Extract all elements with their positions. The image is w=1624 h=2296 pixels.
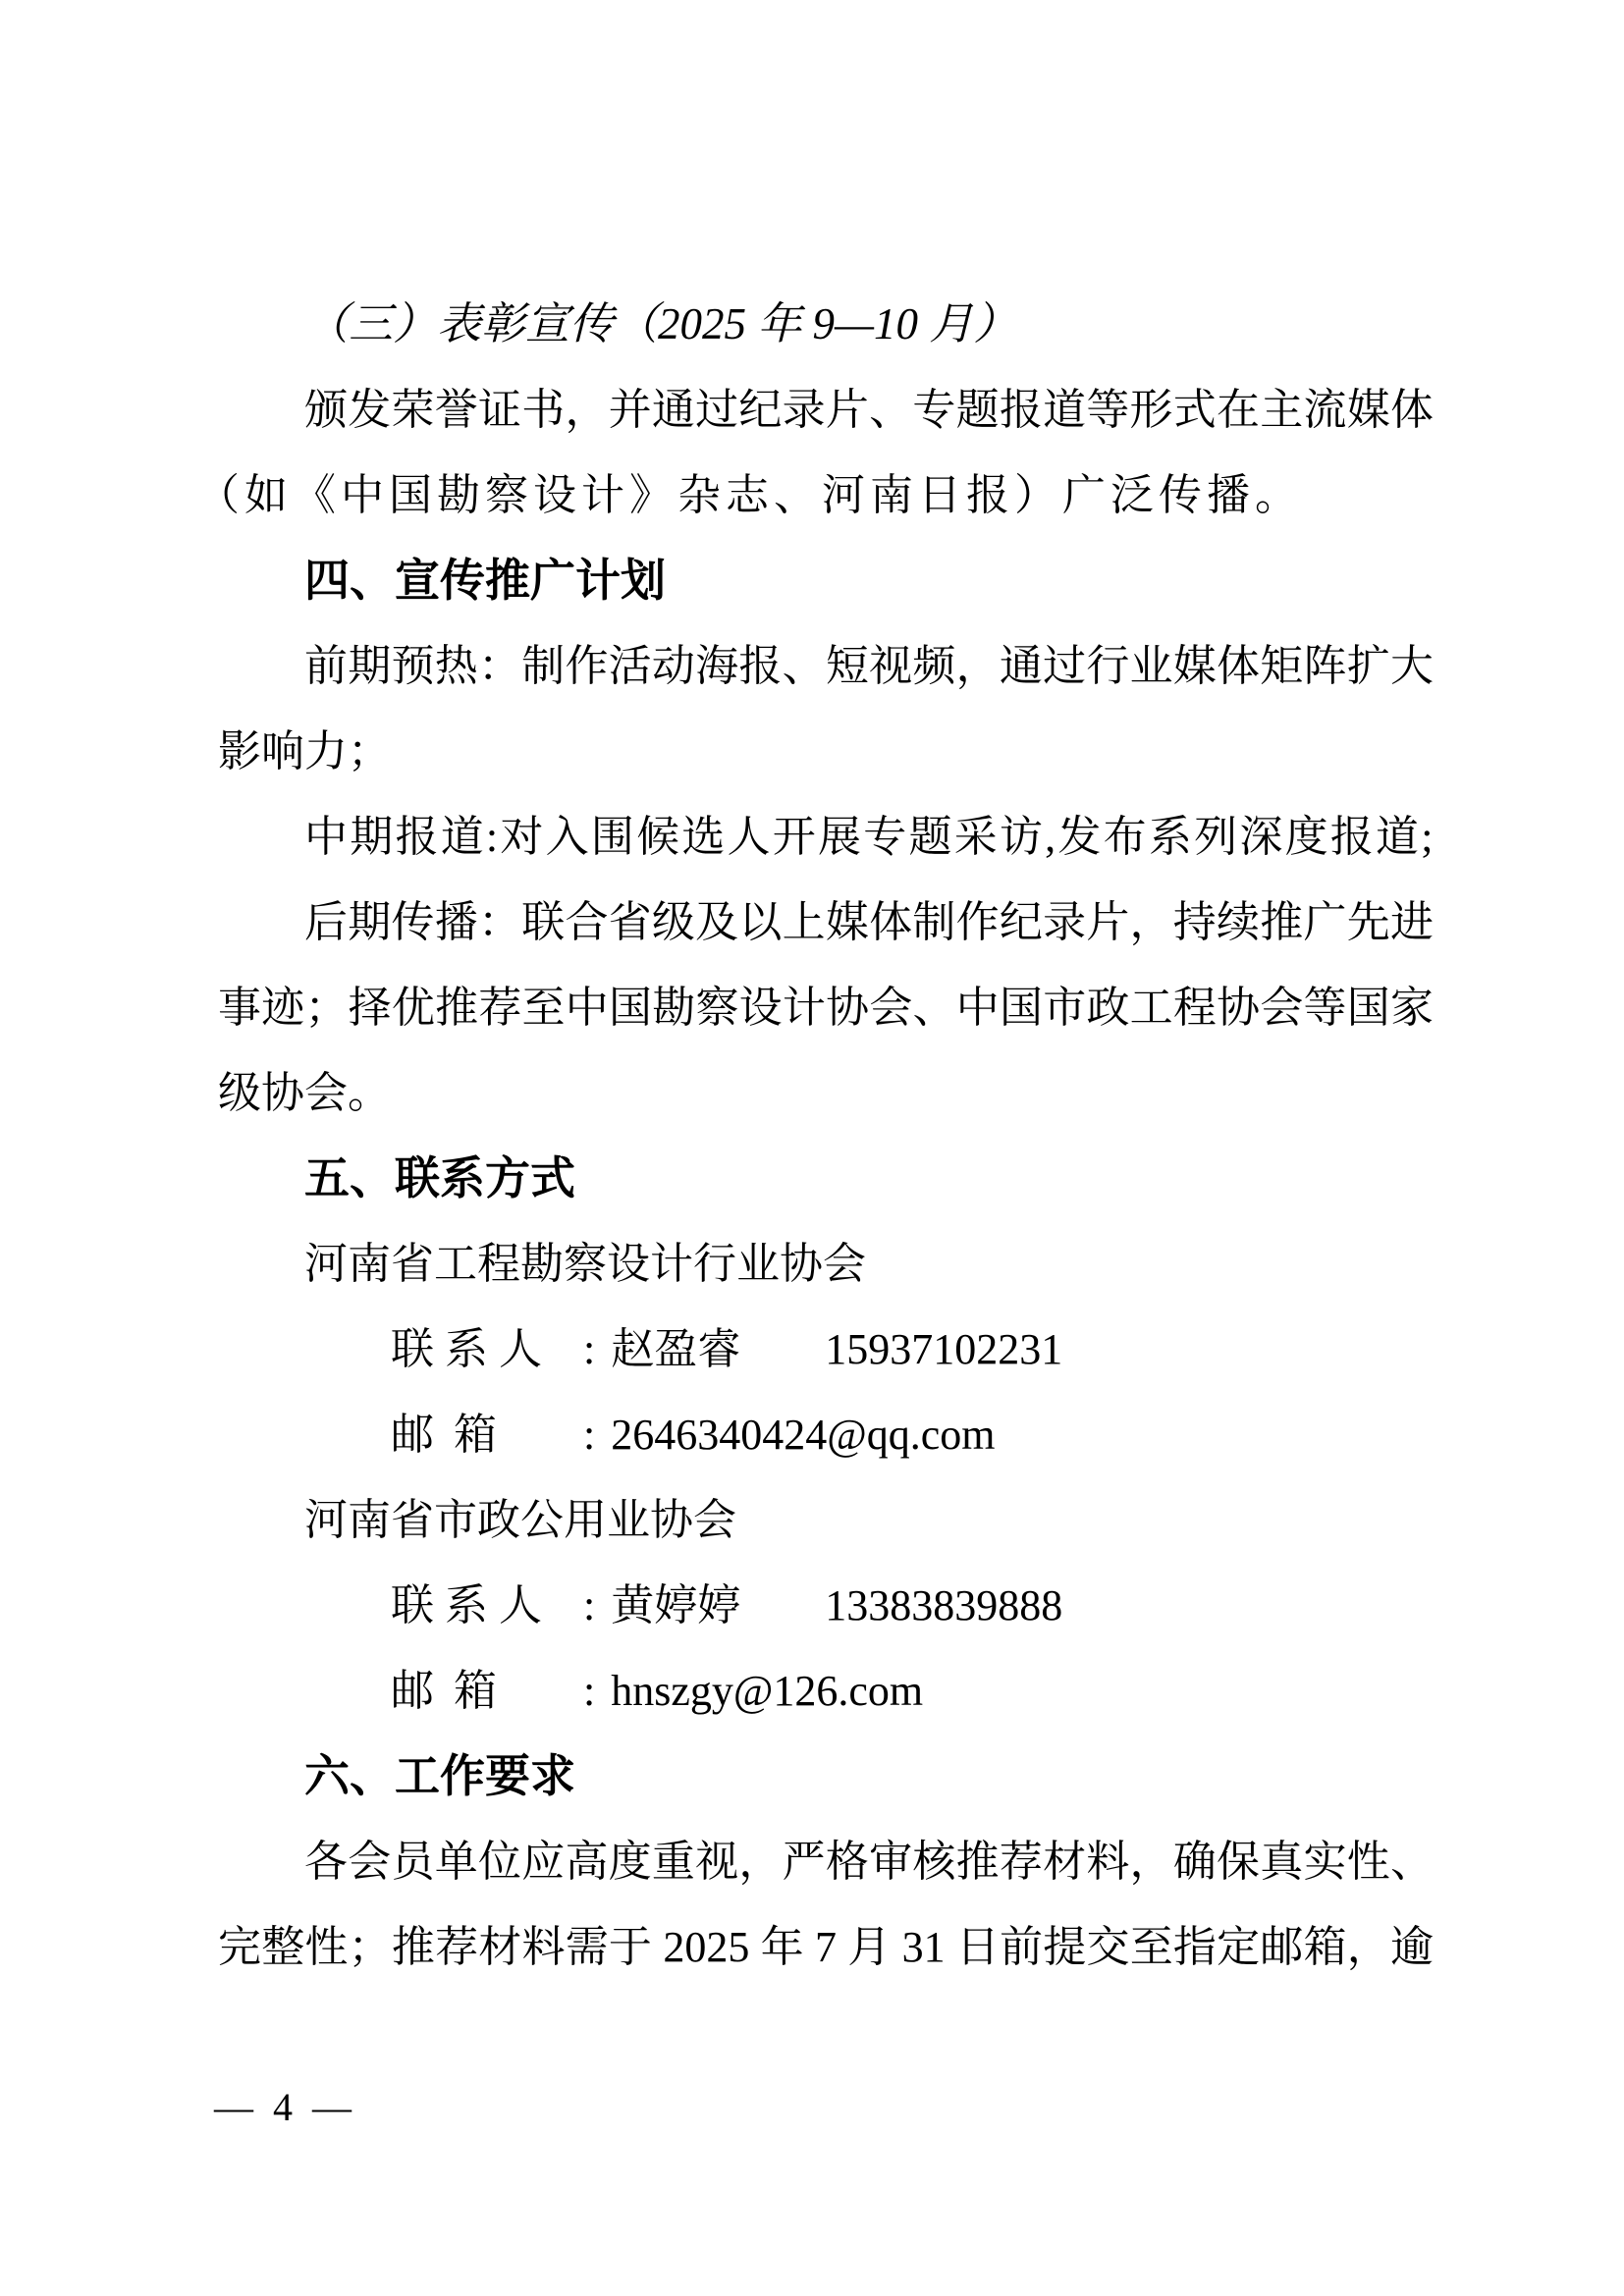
org-2-contact-line: 联 系 人:黄婷婷13383839888 (218, 1563, 1434, 1648)
email-address: hnszgy@126.com (611, 1667, 923, 1715)
section-6-paragraph-line-2: 完整性；推荐材料需于 2025 年 7 月 31 日前提交至指定邮箱，逾 (218, 1904, 1434, 1990)
section-3-heading: （三）表彰宣传（2025 年 9—10 月） (218, 282, 1434, 367)
section-4-paragraph-2-line-1: 中期报道:对入围候选人开展专题采访,发布系列深度报道; (218, 794, 1434, 880)
section-4-paragraph-3-line-1: 后期传播：联合省级及以上媒体制作纪录片，持续推广先进 (218, 880, 1434, 965)
section-3-paragraph-line-1: 颁发荣誉证书，并通过纪录片、专题报道等形式在主流媒体 (218, 367, 1434, 453)
section-4-paragraph-3-line-2: 事迹；择优推荐至中国勘察设计协会、中国市政工程协会等国家 (218, 965, 1434, 1050)
contact-colon: : (497, 1307, 595, 1392)
section-4-paragraph-1-line-1: 前期预热：制作活动海报、短视频，通过行业媒体矩阵扩大 (218, 623, 1434, 709)
contact-phone-number: 15937102231 (825, 1325, 1062, 1373)
section-6-paragraph-line-1: 各会员单位应高度重视，严格审核推荐材料，确保真实性、 (218, 1819, 1434, 1904)
contact-person-name: 赵盈睿 (611, 1325, 740, 1373)
section-3-paragraph-line-2: （如《中国勘察设计》杂志、河南日报）广泛传播。 (196, 453, 1434, 538)
email-colon: : (497, 1392, 595, 1477)
section-4-paragraph-3-line-3: 级协会。 (218, 1050, 1434, 1136)
contact-phone-number: 13383839888 (825, 1581, 1062, 1629)
document-body: （三）表彰宣传（2025 年 9—10 月） 颁发荣誉证书，并通过纪录片、专题报… (218, 282, 1434, 1990)
section-4-heading: 四、宣传推广计划 (218, 538, 1434, 623)
email-label: 邮 箱 (304, 1648, 497, 1734)
section-5-heading: 五、联系方式 (218, 1136, 1434, 1221)
page-number-dash-right: — (312, 2085, 352, 2129)
org-2-email-line: 邮 箱:hnszgy@126.com (218, 1648, 1434, 1734)
email-colon: : (497, 1648, 595, 1734)
org-1-name: 河南省工程勘察设计行业协会 (218, 1221, 1434, 1307)
page-number-value: 4 (273, 2085, 293, 2129)
contact-label: 联 系 人 (304, 1307, 497, 1392)
contact-person-name: 黄婷婷 (611, 1581, 740, 1629)
page-number: —4— (214, 2083, 352, 2132)
org-1-email-line: 邮 箱:2646340424@qq.com (218, 1392, 1434, 1477)
document-page: （三）表彰宣传（2025 年 9—10 月） 颁发荣誉证书，并通过纪录片、专题报… (0, 0, 1624, 2296)
contact-label: 联 系 人 (304, 1563, 497, 1648)
email-label: 邮 箱 (304, 1392, 497, 1477)
page-number-dash-left: — (214, 2085, 253, 2129)
contact-colon: : (497, 1563, 595, 1648)
section-6-heading: 六、工作要求 (218, 1734, 1434, 1819)
section-4-paragraph-1-line-2: 影响力； (218, 709, 1434, 794)
org-1-contact-line: 联 系 人:赵盈睿15937102231 (218, 1307, 1434, 1392)
email-address: 2646340424@qq.com (611, 1411, 995, 1459)
org-2-name: 河南省市政公用业协会 (218, 1477, 1434, 1563)
